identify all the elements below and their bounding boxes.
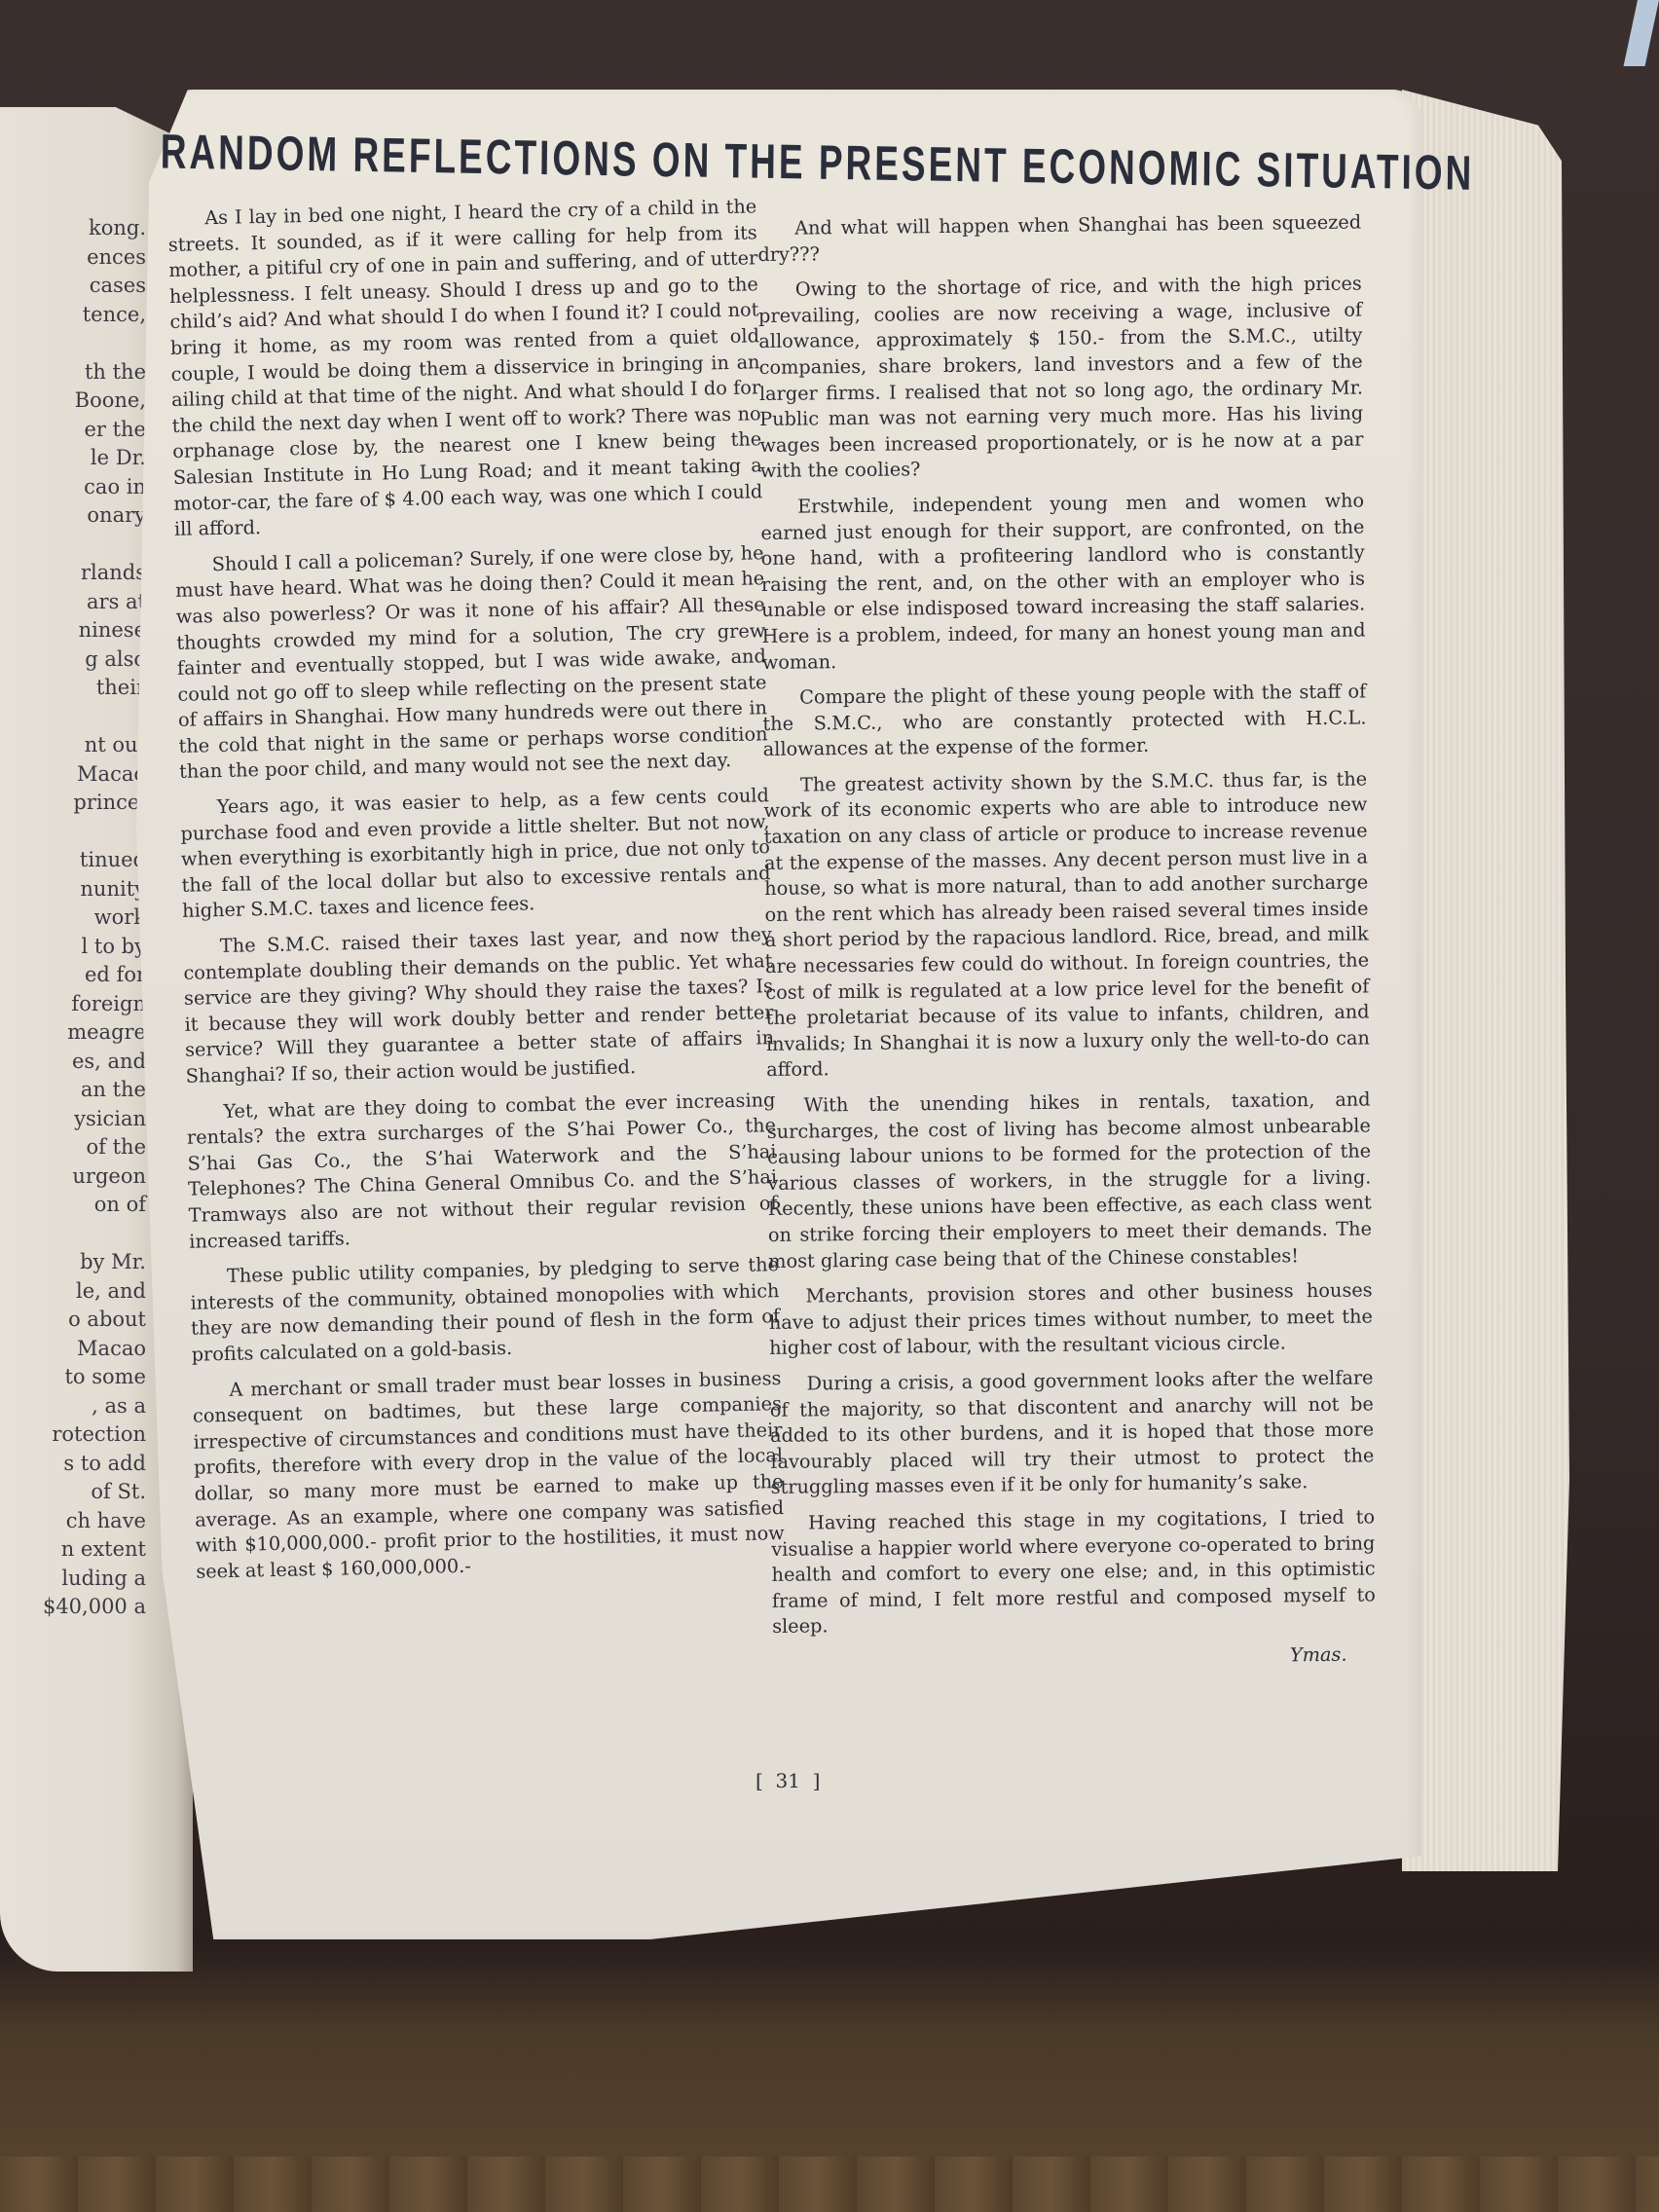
paragraph: A merchant or small trader must bear los… — [192, 1366, 785, 1585]
facing-page-line: an the — [43, 1076, 146, 1105]
facing-page-line: le, and — [43, 1277, 146, 1307]
article-column-left: As I lay in bed one night, I heard the c… — [167, 194, 786, 1595]
facing-page-line: l to by — [43, 933, 146, 962]
facing-page-line: Macao — [43, 760, 146, 790]
facing-page-line: luding a — [43, 1565, 146, 1594]
facing-page-line: n extent — [43, 1535, 146, 1565]
facing-page-line: Boone, — [43, 387, 146, 416]
facing-page-line: ences — [43, 243, 146, 273]
facing-page-line: ars at — [43, 588, 146, 617]
facing-page-line: foreign — [43, 990, 146, 1019]
facing-page-line: rotection — [43, 1420, 146, 1450]
page-stack-edges — [1402, 90, 1597, 1871]
paragraph: Having reached this stage in my cogitati… — [771, 1504, 1376, 1640]
facing-page-line: s to add — [43, 1450, 146, 1479]
facing-page-line: ninese — [43, 616, 146, 645]
facing-page-line: th the — [43, 358, 146, 387]
facing-page-line: g also — [43, 645, 146, 675]
paragraph: Merchants, provision stores and other bu… — [768, 1278, 1373, 1362]
facing-page-line: cao in — [43, 473, 146, 502]
paragraph: Erstwhile, independent young men and wom… — [760, 488, 1366, 676]
facing-page-line: of St. — [43, 1478, 146, 1507]
facing-page-line: , as a — [43, 1392, 146, 1421]
facing-page-line: to some — [43, 1363, 146, 1392]
facing-page-line: er the — [43, 416, 146, 445]
facing-page-line: rlands — [43, 559, 146, 588]
paragraph: As I lay in bed one night, I heard the c… — [167, 194, 763, 542]
paragraph: The greatest activity shown by the S.M.C… — [763, 766, 1370, 1084]
paragraph: These public utility companies, by pledg… — [190, 1252, 781, 1368]
facing-page-line: Macao — [43, 1335, 146, 1364]
paragraph: Compare the plight of these young people… — [762, 680, 1367, 763]
facing-page-line: work — [43, 903, 146, 933]
facing-page-line: on of — [43, 1191, 146, 1220]
facing-page-line: le Dr. — [43, 444, 146, 473]
paragraph: Yet, what are they doing to combat the e… — [186, 1088, 778, 1255]
facing-page-line — [43, 703, 146, 732]
paragraph: With the unending hikes in rentals, taxa… — [766, 1087, 1372, 1274]
page-number: [ 31 ] — [756, 1769, 820, 1792]
wooden-table-edge — [0, 2157, 1659, 2212]
background-object — [1624, 0, 1659, 66]
facing-page-line: cases — [43, 272, 146, 301]
facing-page-line: ch have — [43, 1507, 146, 1536]
facing-page-line: nunity — [43, 875, 146, 904]
facing-page-line — [43, 329, 146, 358]
facing-page-line: tinued — [43, 846, 146, 875]
facing-page-line: onary — [43, 501, 146, 531]
facing-page-line: nt out — [43, 731, 146, 760]
facing-page-line: ed for — [43, 961, 146, 990]
facing-page-line: prince, — [43, 789, 146, 818]
facing-page-line — [43, 1220, 146, 1249]
facing-page-line: by Mr. — [43, 1248, 146, 1277]
facing-page-line: kong. — [43, 214, 146, 243]
facing-page-line: o about — [43, 1306, 146, 1335]
facing-page-line — [43, 531, 146, 560]
facing-page-line: $40,000 a — [43, 1593, 146, 1622]
facing-page-line: their — [43, 674, 146, 703]
facing-page-text-fragments: kong.encescasestence, th theBoone,er the… — [43, 214, 146, 1622]
facing-page-line — [43, 818, 146, 847]
paragraph: Years ago, it was easier to help, as a f… — [180, 783, 772, 925]
paragraph: Should I call a policeman? Surely, if on… — [174, 540, 768, 786]
article-column-right: And what will happen when Shanghai has b… — [757, 210, 1377, 1675]
facing-page-line: tence, — [43, 301, 146, 330]
facing-page-line: es, and — [43, 1048, 146, 1077]
paragraph: During a crisis, a good government looks… — [769, 1365, 1374, 1500]
paragraph: And what will happen when Shanghai has b… — [757, 210, 1362, 269]
facing-page-line: of the — [43, 1133, 146, 1162]
facing-page-line: urgeon — [43, 1162, 146, 1192]
facing-page-line: meagre — [43, 1018, 146, 1048]
facing-page-line: ysician — [43, 1105, 146, 1134]
paragraph: The S.M.C. raised their taxes last year,… — [183, 922, 775, 1089]
paragraph: Owing to the shortage of rice, and with … — [758, 272, 1364, 485]
